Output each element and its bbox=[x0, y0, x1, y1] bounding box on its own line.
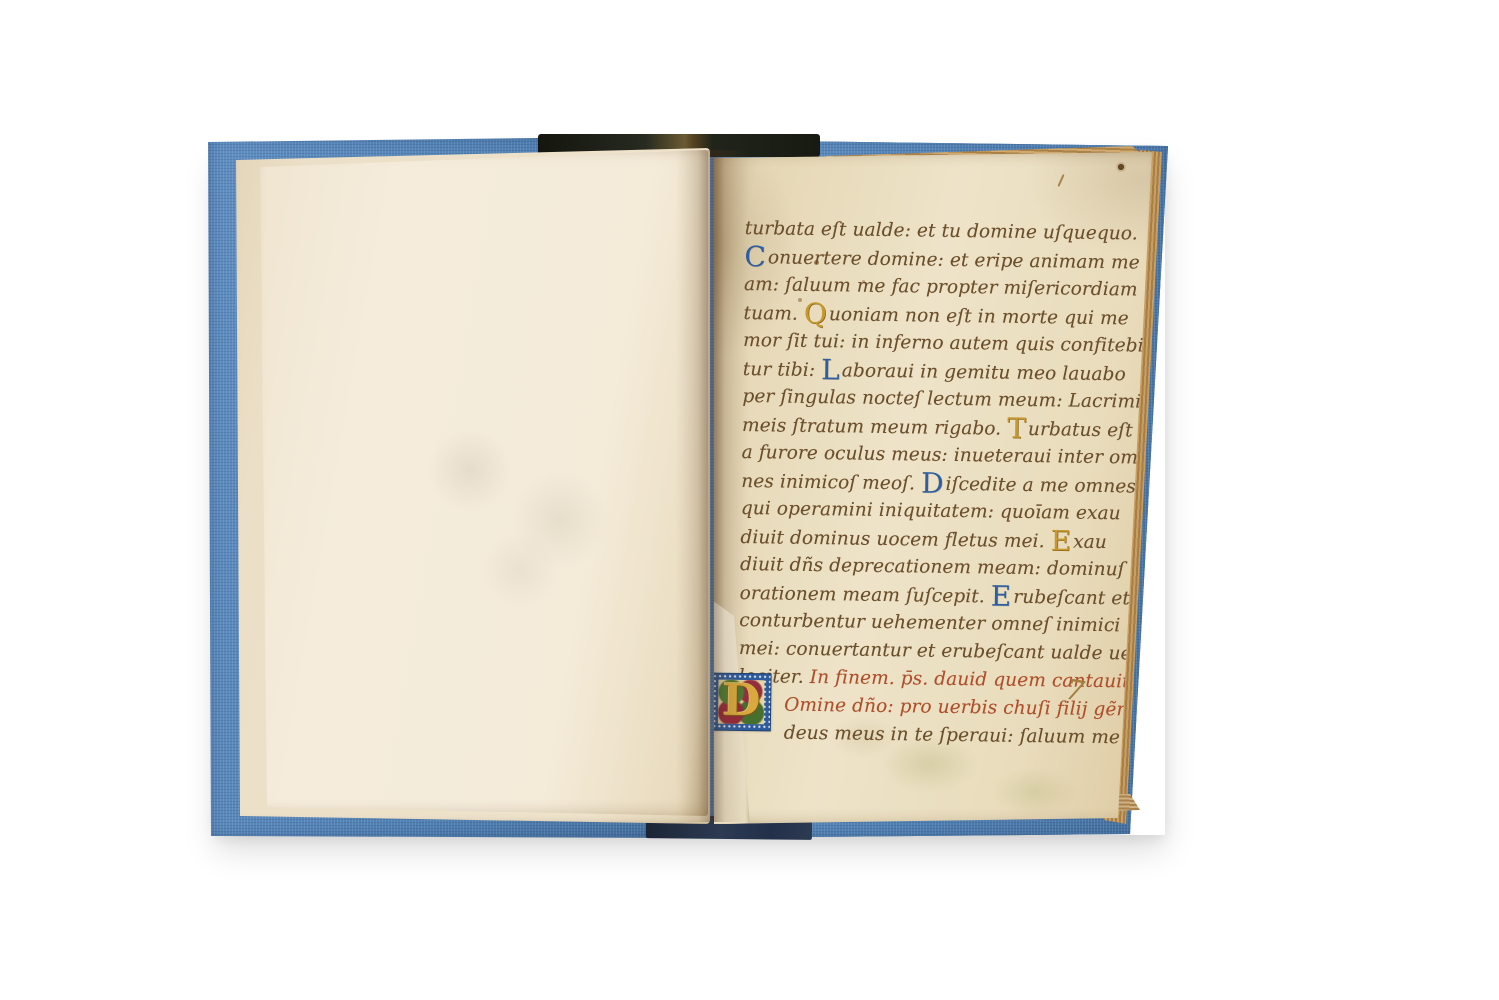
manuscript-text: a furore oculus meus: inueteraui inter o… bbox=[742, 442, 1139, 469]
blank-left-page bbox=[260, 150, 708, 816]
manuscript-text: iſcedite a me omnes bbox=[945, 474, 1136, 498]
manuscript-text: tur tibi: bbox=[743, 359, 822, 381]
manuscript-text: mei: conuertantur et erubeſcant ualde ue bbox=[739, 638, 1132, 664]
manuscript-page: D turbata eſt ualde: et tu domine uſqueq… bbox=[714, 152, 1156, 824]
manuscript-text: qui operamini iniquitatem: quoīam exau bbox=[741, 498, 1121, 524]
manuscript-text: orationem meam ſuſcepit. bbox=[740, 583, 991, 608]
open-manuscript-book: D turbata eſt ualde: et tu domine uſqueq… bbox=[0, 0, 1499, 1000]
manuscript-text: nes inimicoſ meoſ. bbox=[741, 471, 921, 495]
manuscript-text: tuam. bbox=[743, 303, 804, 325]
initial-blue-letter: L bbox=[821, 353, 840, 386]
manuscript-text: urbatus eſt bbox=[1028, 419, 1133, 441]
initial-blue-letter: E bbox=[991, 579, 1012, 612]
margin-pen-mark bbox=[1057, 174, 1064, 187]
initial-blue-letter: D bbox=[921, 466, 944, 499]
initial-gold-letter: T bbox=[1007, 412, 1026, 445]
manuscript-text: per ſingulas nocteſ lectum meum: Lacrimi… bbox=[742, 386, 1151, 413]
initial-gold-letter: E bbox=[1050, 524, 1071, 557]
manuscript-line: deus meus in te ſperaui: ſaluum me bbox=[738, 719, 1110, 752]
manuscript-text: deus meus in te ſperaui: ſaluum me bbox=[784, 723, 1120, 749]
initial-blue-letter: C bbox=[744, 240, 766, 273]
manuscript-text: turbata eſt ualde: et tu domine uſquequo… bbox=[745, 218, 1138, 244]
manuscript-text: conturbentur uehementer omneſ inimici bbox=[739, 610, 1120, 636]
studio-backdrop: D turbata eſt ualde: et tu domine uſqueq… bbox=[0, 0, 1499, 1000]
manuscript-text: xau bbox=[1073, 532, 1107, 553]
illuminated-letter: D bbox=[712, 675, 771, 727]
wormhole bbox=[1118, 164, 1124, 170]
manuscript-text: diuit dñs deprecationem meam: dominuſ bbox=[740, 554, 1125, 580]
manuscript-text: onuertere domine: et eripe animam me bbox=[768, 247, 1140, 273]
rubric-text: Omine dño: pro uerbis chuſi filij gẽmi. bbox=[784, 695, 1146, 721]
initial-gold-letter: Q bbox=[804, 297, 828, 330]
manuscript-text: mor ſit tui: in inferno autem quis confi… bbox=[743, 330, 1144, 357]
illuminated-initial-D: D bbox=[712, 674, 771, 731]
manuscript-text: uoniam non eſt in morte qui me bbox=[829, 304, 1129, 329]
manuscript-text: meis ſtratum meum rigabo. bbox=[742, 415, 1007, 440]
manuscript-text: aboraui in gemitu meo lauabo bbox=[842, 360, 1126, 385]
manuscript-text: rubeſcant et bbox=[1013, 587, 1130, 610]
manuscript-text-block: D turbata eſt ualde: et tu domine uſqueq… bbox=[738, 215, 1117, 752]
manuscript-text: diuit dominus uocem fletus mei. bbox=[740, 527, 1050, 552]
